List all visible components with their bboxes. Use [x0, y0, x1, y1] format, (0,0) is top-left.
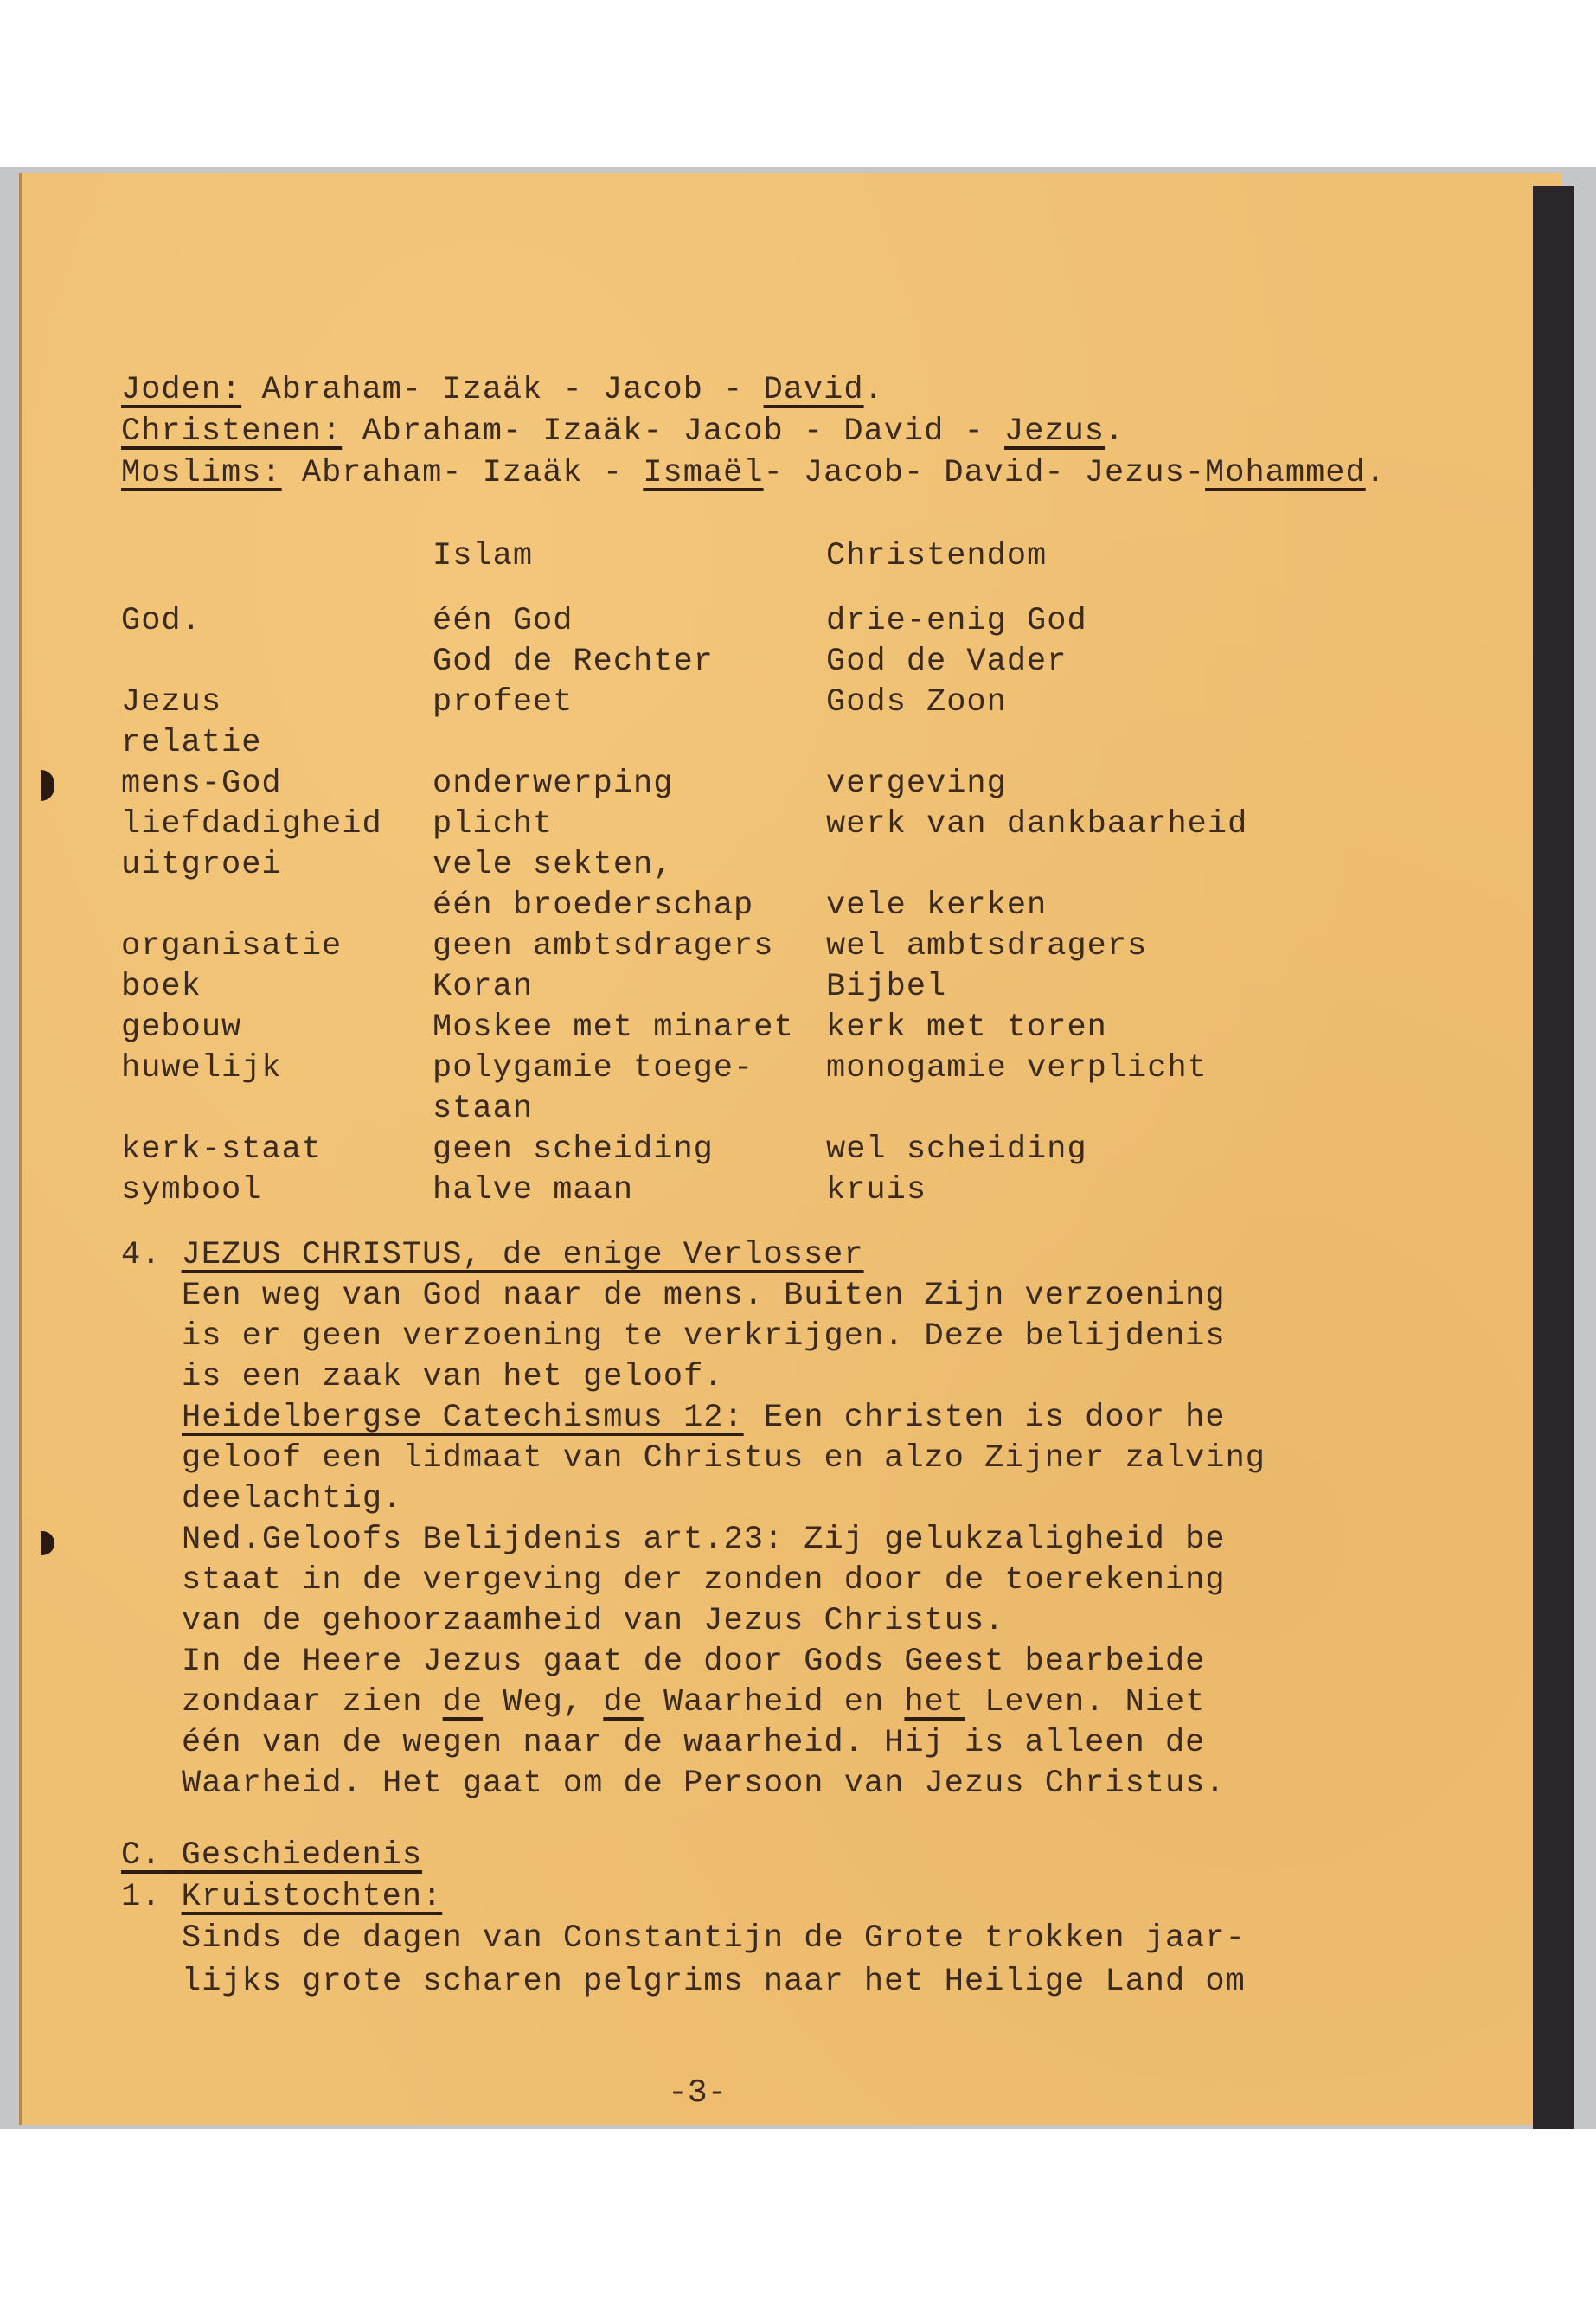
- row-label: mens-God: [121, 764, 282, 804]
- lineage-name: .: [864, 372, 884, 408]
- body-line: lijks grote scharen pelgrims naar het He…: [182, 1962, 1246, 2003]
- table-cell: vele sekten,: [433, 845, 673, 886]
- lineage-name: Abraham- Izaäk- Jacob - David -: [362, 413, 1004, 450]
- table-cell: onderwerping: [433, 764, 673, 804]
- lineage-name: Abraham- Izaäk - Jacob -: [261, 372, 763, 408]
- table-cell: Moskee met minaret: [433, 1008, 794, 1048]
- body-line: zondaar zien de Weg, de Waarheid en het …: [182, 1682, 1205, 1723]
- body-line: Heidelbergse Catechismus 12: Een christe…: [182, 1398, 1226, 1439]
- body-line: Waarheid. Het gaat om de Persoon van Jez…: [182, 1764, 1226, 1804]
- row-label: relatie: [121, 723, 261, 764]
- table-cell: kerk met toren: [826, 1008, 1107, 1048]
- body-line: staat in de vergeving der zonden door de…: [182, 1561, 1226, 1601]
- body-line: Een weg van God naar de mens. Buiten Zij…: [182, 1276, 1226, 1317]
- table-cell: één God: [433, 601, 573, 642]
- lineage-name: Ismaël: [643, 455, 763, 491]
- punch-hole-mark: [41, 1531, 54, 1555]
- lineage-label: Christenen:: [121, 413, 342, 450]
- lineage-label: Joden:: [121, 372, 241, 408]
- row-label: uitgroei: [121, 845, 282, 886]
- column-header: Islam: [433, 536, 533, 577]
- table-cell: werk van dankbaarheid: [826, 804, 1247, 845]
- table-cell: geen scheiding: [433, 1130, 714, 1170]
- lineage-line: Christenen: Abraham- Izaäk- Jacob - Davi…: [121, 412, 1125, 452]
- page-number: -3-: [668, 2074, 727, 2112]
- underlined-text: het: [904, 1684, 965, 1721]
- underlined-text: de: [603, 1684, 643, 1721]
- table-cell: Bijbel: [826, 967, 946, 1008]
- lineage-name: .: [1105, 413, 1125, 450]
- body-line: Ned.Geloofs Belijdenis art.23: Zij geluk…: [182, 1520, 1226, 1561]
- subsection-heading: 1. Kruistochten:: [121, 1877, 442, 1918]
- lineage-label: Moslims:: [121, 455, 282, 491]
- body-line: deelachtig.: [182, 1479, 402, 1520]
- lineage-name: - Jacob- David- Jezus-: [764, 455, 1205, 491]
- table-cell: kruis: [826, 1170, 926, 1211]
- lineage-name: Abraham- Izaäk -: [302, 455, 643, 491]
- row-label: huwelijk: [121, 1048, 282, 1089]
- section-number: 4.: [121, 1237, 161, 1273]
- table-cell: plicht: [433, 804, 553, 845]
- table-cell: geen ambtsdragers: [433, 926, 773, 967]
- table-cell: vergeving: [826, 764, 1007, 804]
- lineage-name: Mohammed: [1205, 455, 1366, 491]
- reference-heading: Heidelbergse Catechismus 12:: [182, 1400, 744, 1436]
- body-line: is er geen verzoening te verkrijgen. Dez…: [182, 1317, 1226, 1357]
- body-line: Sinds de dagen van Constantijn de Grote …: [182, 1919, 1246, 1959]
- table-cell: profeet: [433, 683, 573, 723]
- punch-hole-mark: [41, 770, 54, 801]
- table-cell: drie-enig God: [826, 601, 1087, 642]
- table-cell: polygamie toege-: [433, 1048, 753, 1089]
- body-line: van de gehoorzaamheid van Jezus Christus…: [182, 1601, 1004, 1642]
- section-title: JEZUS CHRISTUS, de enige Verlosser: [182, 1237, 864, 1273]
- row-label: kerk-staat: [121, 1130, 322, 1170]
- table-cell: monogamie verplicht: [826, 1048, 1208, 1089]
- lineage-name: David: [764, 372, 864, 408]
- body-line: is een zaak van het geloof.: [182, 1357, 724, 1398]
- row-label: liefdadigheid: [121, 804, 382, 845]
- table-cell: God de Vader: [826, 642, 1067, 683]
- underlined-text: de: [443, 1684, 483, 1721]
- lineage-name: Jezus: [1004, 413, 1105, 450]
- section-4-heading: 4. JEZUS CHRISTUS, de enige Verlosser: [121, 1235, 864, 1276]
- lineage-line: Joden: Abraham- Izaäk - Jacob - David.: [121, 370, 884, 411]
- row-label: boek: [121, 967, 202, 1008]
- row-label: Jezus: [121, 683, 221, 723]
- subsection-number: 1.: [121, 1879, 161, 1915]
- body-line: In de Heere Jezus gaat de door Gods Gees…: [182, 1642, 1205, 1682]
- table-cell: wel scheiding: [826, 1130, 1087, 1170]
- body-line: één van de wegen naar de waarheid. Hij i…: [182, 1723, 1205, 1764]
- body-line: geloof een lidmaat van Christus en alzo …: [182, 1439, 1266, 1479]
- table-cell: Gods Zoon: [826, 683, 1007, 723]
- table-cell: staan: [433, 1089, 533, 1130]
- table-cell: wel ambtsdragers: [826, 926, 1147, 967]
- lineage-name: .: [1366, 455, 1386, 491]
- column-header: Christendom: [826, 536, 1047, 577]
- row-label: organisatie: [121, 926, 342, 967]
- row-label: symbool: [121, 1170, 261, 1211]
- subsection-title: Kruistochten:: [182, 1879, 443, 1915]
- table-cell: halve maan: [433, 1170, 633, 1211]
- table-cell: Koran: [433, 967, 533, 1008]
- section-title: Geschiedenis: [182, 1837, 422, 1874]
- binder-edge: [1533, 186, 1574, 2129]
- table-cell: God de Rechter: [433, 642, 714, 683]
- section-c-heading: C. Geschiedenis: [121, 1836, 422, 1876]
- lineage-line: Moslims: Abraham- Izaäk - Ismaël- Jacob-…: [121, 453, 1386, 494]
- row-label: God.: [121, 601, 202, 642]
- table-cell: één broederschap: [433, 886, 753, 926]
- row-label: gebouw: [121, 1008, 241, 1048]
- section-letter: C.: [121, 1837, 161, 1874]
- table-cell: vele kerken: [826, 886, 1047, 926]
